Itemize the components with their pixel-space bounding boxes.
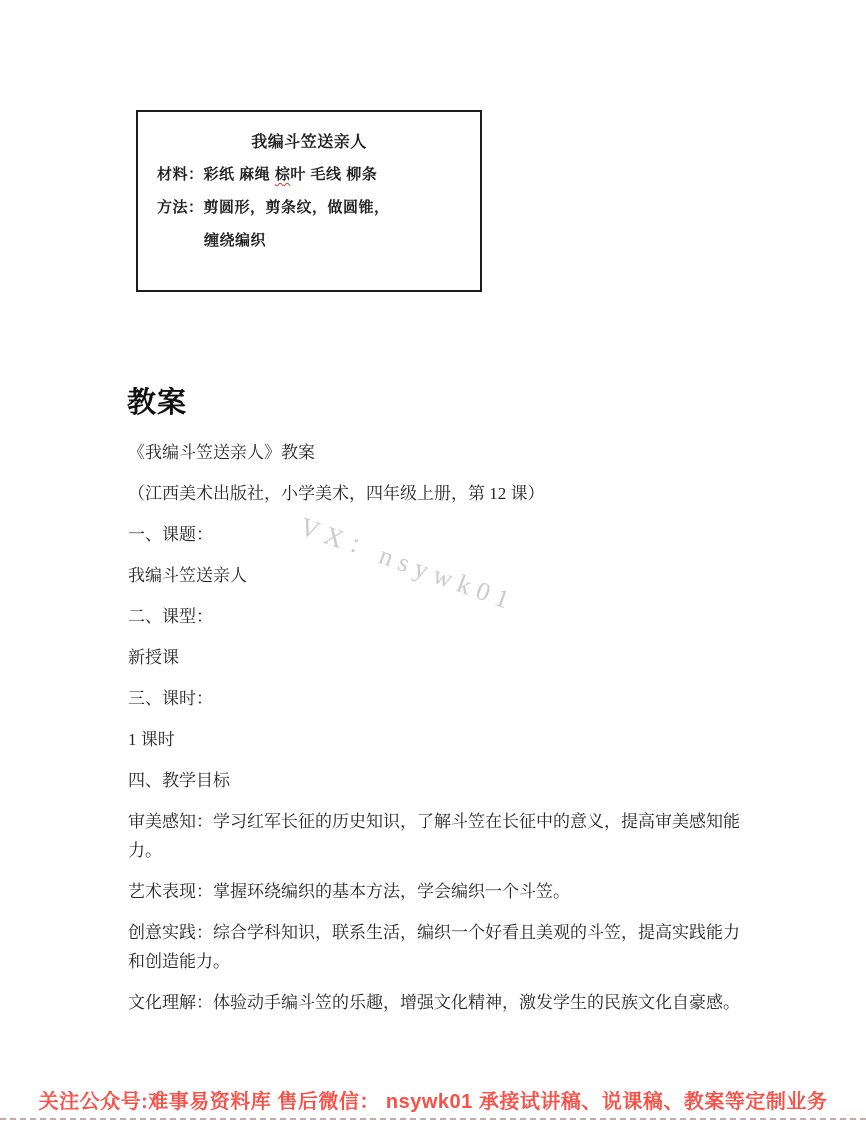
materials-text-pre: 彩纸 麻绳: [204, 166, 275, 183]
paragraph: 审美感知：学习红军长征的历史知识，了解斗笠在长征中的意义，提高审美感知能力。: [128, 807, 746, 865]
footer-text: 关注公众号:难事易资料库 售后微信： nsywk01 承接试讲稿、说课稿、教案等…: [39, 1085, 828, 1114]
paragraph: （江西美术出版社，小学美术，四年级上册，第 12 课）: [128, 479, 746, 508]
document-page: 我编斗笠送亲人 材料：彩纸 麻绳 棕叶 毛线 柳条 方法：剪圆形，剪条纹，做圆锥…: [0, 0, 866, 1122]
paragraph: 文化理解：体验动手编斗笠的乐趣，增强文化精神，激发学生的民族文化自豪感。: [128, 988, 746, 1017]
doc-heading: 教案: [127, 380, 187, 421]
paragraph: 三、课时：: [128, 684, 746, 713]
method-text: 剪圆形，剪条纹，做圆锥，: [204, 199, 390, 216]
paragraph: 1 课时: [128, 725, 746, 754]
slide-materials-line: 材料：彩纸 麻绳 棕叶 毛线 柳条: [138, 158, 480, 191]
paragraph: 四、教学目标: [128, 766, 746, 795]
slide-image-card: 我编斗笠送亲人 材料：彩纸 麻绳 棕叶 毛线 柳条 方法：剪圆形，剪条纹，做圆锥…: [136, 110, 482, 292]
footer-divider: [0, 1118, 866, 1120]
slide-method-continuation: 缠绕编织: [138, 224, 480, 257]
materials-label: 材料：: [157, 166, 204, 183]
paragraph: 艺术表现：掌握环绕编织的基本方法，学会编织一个斗笠。: [128, 877, 746, 906]
doc-body: 《我编斗笠送亲人》教案 （江西美术出版社，小学美术，四年级上册，第 12 课） …: [128, 438, 746, 1029]
method-label: 方法：: [157, 199, 204, 216]
spellcheck-marked-text: 棕: [275, 166, 291, 183]
paragraph: 我编斗笠送亲人: [128, 561, 746, 590]
paragraph: 新授课: [128, 643, 746, 672]
footer-banner: 关注公众号:难事易资料库 售后微信： nsywk01 承接试讲稿、说课稿、教案等…: [0, 1084, 866, 1114]
slide-title: 我编斗笠送亲人: [138, 129, 480, 152]
materials-text-post: 叶 毛线 柳条: [290, 166, 377, 183]
slide-method-line: 方法：剪圆形，剪条纹，做圆锥，: [138, 191, 480, 224]
paragraph: 创意实践：综合学科知识，联系生活，编织一个好看且美观的斗笠，提高实践能力和创造能…: [128, 918, 746, 976]
method-text-continued: 缠绕编织: [204, 232, 266, 249]
paragraph: 二、课型：: [128, 602, 746, 631]
paragraph: 一、课题：: [128, 520, 746, 549]
paragraph: 《我编斗笠送亲人》教案: [128, 438, 746, 467]
